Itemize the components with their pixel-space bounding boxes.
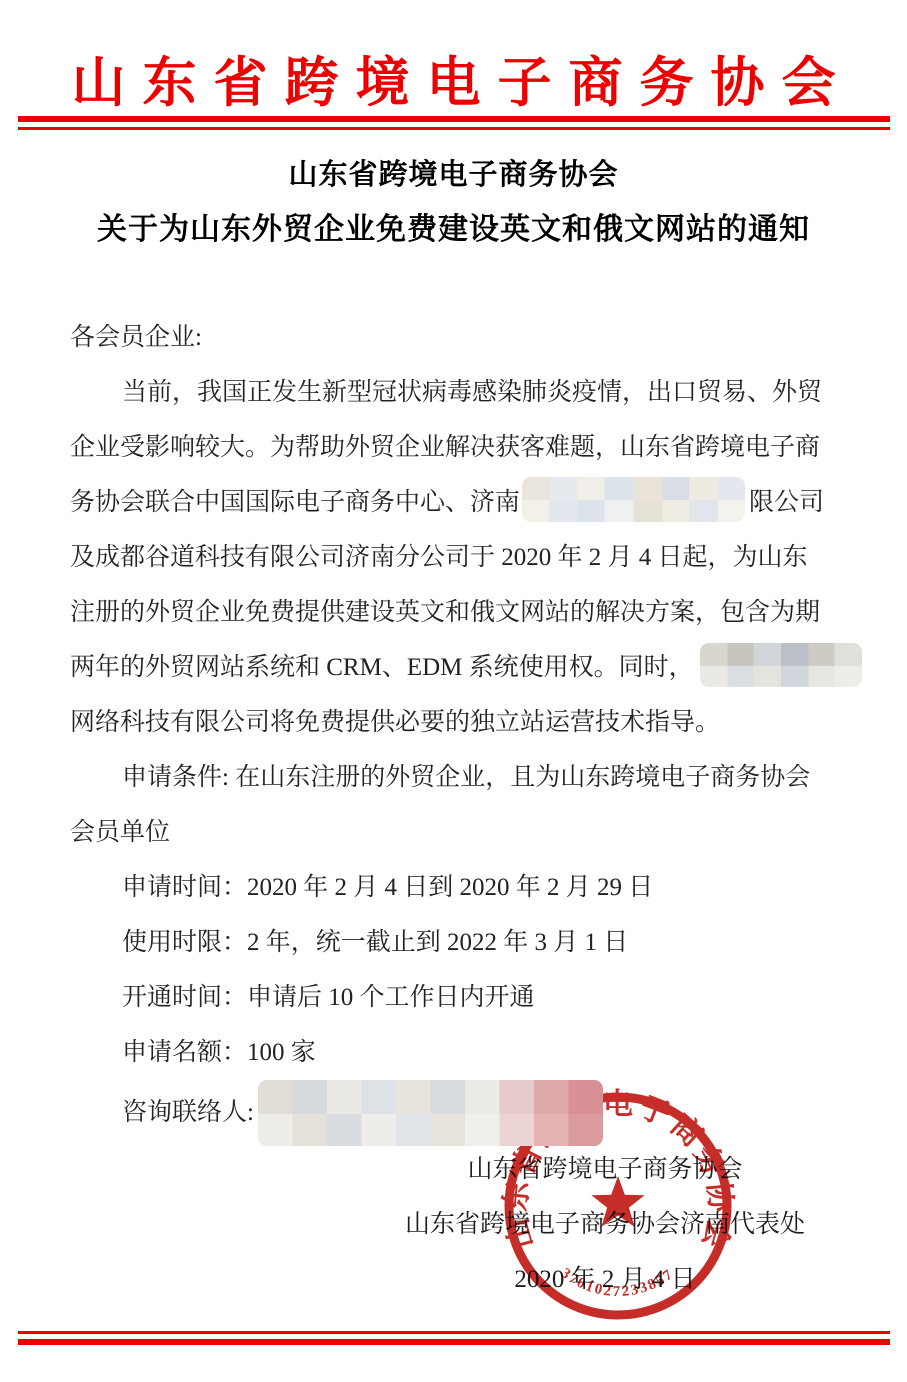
body-line: 申请条件: 在山东注册的外贸企业，且为山东跨境电子商务协会 bbox=[70, 750, 847, 805]
body-line: 会员单位 bbox=[70, 805, 847, 860]
body-text: 网络科技有限公司将免费提供必要的独立站运营技术指导。 bbox=[70, 709, 720, 736]
body-text: 申请时间：2020 年 2 月 4 日到 2020 年 2 月 29 日 bbox=[122, 874, 653, 901]
redacted-company-blur bbox=[522, 477, 745, 522]
body-line: 各会员企业: bbox=[70, 310, 847, 365]
body-line: 企业受影响较大。为帮助外贸企业解决获客难题，山东省跨境电子商 bbox=[70, 420, 847, 475]
body-line: 申请名额：100 家 bbox=[70, 1025, 847, 1080]
footer-rule-thick bbox=[18, 1339, 890, 1345]
body-text: 当前，我国正发生新型冠状病毒感染肺炎疫情，出口贸易、外贸 bbox=[122, 379, 822, 406]
document-title-org: 山东省跨境电子商务协会 bbox=[0, 152, 907, 193]
svg-text:3701027233857: 3701027233857 bbox=[558, 1265, 676, 1300]
body-line: 两年的外贸网站系统和 CRM、EDM 系统使用权。同时， bbox=[70, 640, 847, 695]
body-text: 企业受影响较大。为帮助外贸企业解决获客难题，山东省跨境电子商 bbox=[70, 434, 820, 461]
redacted-contact-blur bbox=[258, 1080, 603, 1146]
body-text: 限公司 bbox=[749, 489, 824, 516]
seal-serial-number: 3701027233857 bbox=[558, 1265, 676, 1300]
body-text: 申请条件: 在山东注册的外贸企业，且为山东跨境电子商务协会 bbox=[122, 764, 810, 791]
document-page: 山东省跨境电子商务协会 山东省跨境电子商务协会 关于为山东外贸企业免费建设英文和… bbox=[0, 0, 907, 1382]
body-text: 注册的外贸企业免费提供建设英文和俄文网站的解决方案，包含为期 bbox=[70, 599, 820, 626]
body-line: 及成都谷道科技有限公司济南分公司于 2020 年 2 月 4 日起，为山东 bbox=[70, 530, 847, 585]
body-line: 务协会联合中国国际电子商务中心、济南限公司 bbox=[70, 475, 847, 530]
body-text: 会员单位 bbox=[70, 819, 170, 846]
body-line: 使用时限：2 年，统一截止到 2022 年 3 月 1 日 bbox=[70, 915, 847, 970]
body-line: 网络科技有限公司将免费提供必要的独立站运营技术指导。 bbox=[70, 695, 847, 750]
redacted-partner-blur bbox=[700, 643, 862, 687]
body-line: 当前，我国正发生新型冠状病毒感染肺炎疫情，出口贸易、外贸 bbox=[70, 365, 847, 420]
letterhead-rule-thick bbox=[18, 116, 890, 122]
footer-rule-thin bbox=[18, 1331, 890, 1334]
body-text: 各会员企业: bbox=[70, 324, 202, 351]
body-line: 注册的外贸企业免费提供建设英文和俄文网站的解决方案，包含为期 bbox=[70, 585, 847, 640]
body-text: 及成都谷道科技有限公司济南分公司于 2020 年 2 月 4 日起，为山东 bbox=[70, 544, 808, 571]
body-lines: 各会员企业:当前，我国正发生新型冠状病毒感染肺炎疫情，出口贸易、外贸企业受影响较… bbox=[70, 310, 847, 1135]
letterhead-org-name: 山东省跨境电子商务协会 bbox=[0, 40, 907, 117]
body-text: 务协会联合中国国际电子商务中心、济南 bbox=[70, 489, 520, 516]
body-text: 申请名额：100 家 bbox=[122, 1039, 316, 1066]
body-text: 开通时间：申请后 10 个工作日内开通 bbox=[122, 984, 535, 1011]
body-line: 申请时间：2020 年 2 月 4 日到 2020 年 2 月 29 日 bbox=[70, 860, 847, 915]
body-text: 两年的外贸网站系统和 CRM、EDM 系统使用权。同时， bbox=[70, 654, 694, 681]
seal-star bbox=[591, 1176, 644, 1227]
body-line: 开通时间：申请后 10 个工作日内开通 bbox=[70, 970, 847, 1025]
body-text: 咨询联络人: bbox=[122, 1099, 254, 1126]
body-text: 使用时限：2 年，统一截止到 2022 年 3 月 1 日 bbox=[122, 929, 628, 956]
letterhead-rule-thin bbox=[18, 127, 890, 130]
document-title-subject: 关于为山东外贸企业免费建设英文和俄文网站的通知 bbox=[0, 204, 907, 248]
